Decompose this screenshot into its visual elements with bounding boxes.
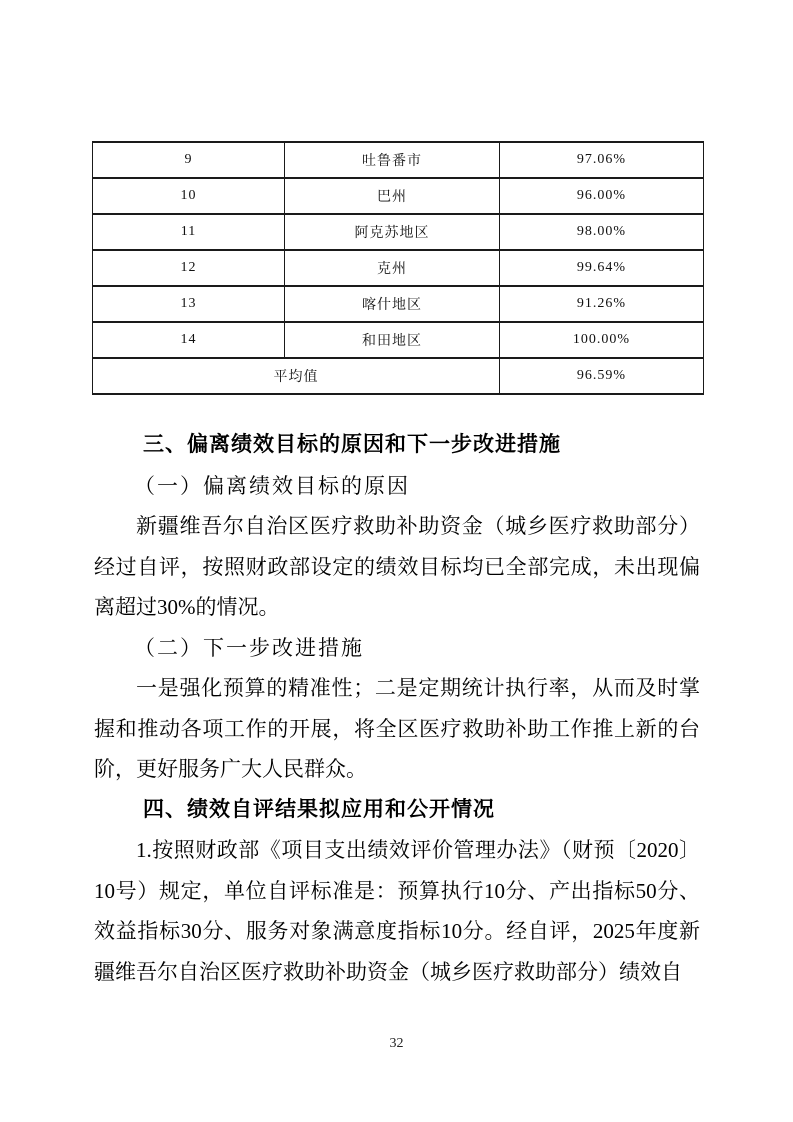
region-cell: 巴州 — [285, 178, 500, 214]
paragraph-deviation-reason: 新疆维吾尔自治区医疗救助补助资金（城乡医疗救助部分）经过自评，按照财政部设定的绩… — [94, 506, 700, 628]
region-cell: 阿克苏地区 — [285, 214, 500, 250]
region-cell: 克州 — [285, 250, 500, 286]
text-line: 经过自评，按照财政部设定的绩效目标均已全部完成，未出现偏 — [94, 547, 700, 588]
text-line: 1.按照财政部《项目支出绩效评价管理办法》（财预〔2020〕 — [94, 830, 700, 871]
table-row: 13 喀什地区 91.26% — [93, 286, 704, 322]
table-row: 14 和田地区 100.00% — [93, 322, 704, 358]
rank-cell: 9 — [93, 142, 285, 178]
table-row: 12 克州 99.64% — [93, 250, 704, 286]
rate-cell: 99.64% — [500, 250, 704, 286]
completion-rate-table: 9 吐鲁番市 97.06% 10 巴州 96.00% 11 阿克苏地区 98.0… — [92, 141, 704, 395]
paragraph-self-evaluation: 1.按照财政部《项目支出绩效评价管理办法》（财预〔2020〕10号）规定，单位自… — [94, 830, 700, 992]
rate-cell: 91.26% — [500, 286, 704, 322]
rank-cell: 12 — [93, 250, 285, 286]
average-row: 平均值 96.59% — [93, 358, 704, 394]
table-row: 11 阿克苏地区 98.00% — [93, 214, 704, 250]
text-line: 新疆维吾尔自治区医疗救助补助资金（城乡医疗救助部分） — [94, 506, 700, 547]
table-row: 10 巴州 96.00% — [93, 178, 704, 214]
region-cell: 和田地区 — [285, 322, 500, 358]
text-line: 疆维吾尔自治区医疗救助补助资金（城乡医疗救助部分）绩效自 — [94, 952, 700, 993]
region-cell: 吐鲁番市 — [285, 142, 500, 178]
rate-cell: 98.00% — [500, 214, 704, 250]
text-line: 10号）规定，单位自评标准是：预算执行10分、产出指标50分、 — [94, 871, 700, 912]
sub-heading-two: （二）下一步改进措施 — [94, 628, 700, 669]
page-number: 32 — [0, 1036, 793, 1052]
rank-cell: 11 — [93, 214, 285, 250]
paragraph-improvement-measures: 一是强化预算的精准性；二是定期统计执行率，从而及时掌握和推动各项工作的开展，将全… — [94, 668, 700, 790]
table-row: 9 吐鲁番市 97.06% — [93, 142, 704, 178]
rank-cell: 14 — [93, 322, 285, 358]
average-rate-cell: 96.59% — [500, 358, 704, 394]
document-page: 9 吐鲁番市 97.06% 10 巴州 96.00% 11 阿克苏地区 98.0… — [0, 0, 793, 1122]
section-four-heading: 四、绩效自评结果拟应用和公开情况 — [94, 790, 700, 831]
rank-cell: 10 — [93, 178, 285, 214]
text-line: 阶，更好服务广大人民群众。 — [94, 749, 700, 790]
rate-cell: 97.06% — [500, 142, 704, 178]
average-label-cell: 平均值 — [93, 358, 500, 394]
rate-cell: 100.00% — [500, 322, 704, 358]
rank-cell: 13 — [93, 286, 285, 322]
rate-cell: 96.00% — [500, 178, 704, 214]
sub-heading-one: （一）偏离绩效目标的原因 — [94, 466, 700, 507]
text-line: 效益指标30分、服务对象满意度指标10分。经自评，2025年度新 — [94, 911, 700, 952]
text-line: 离超过30%的情况。 — [94, 587, 700, 628]
region-cell: 喀什地区 — [285, 286, 500, 322]
text-line: 握和推动各项工作的开展，将全区医疗救助补助工作推上新的台 — [94, 709, 700, 750]
text-line: 一是强化预算的精准性；二是定期统计执行率，从而及时掌 — [94, 668, 700, 709]
document-body: 三、偏离绩效目标的原因和下一步改进措施 （一）偏离绩效目标的原因 新疆维吾尔自治… — [94, 425, 700, 992]
section-three-heading: 三、偏离绩效目标的原因和下一步改进措施 — [94, 425, 700, 466]
